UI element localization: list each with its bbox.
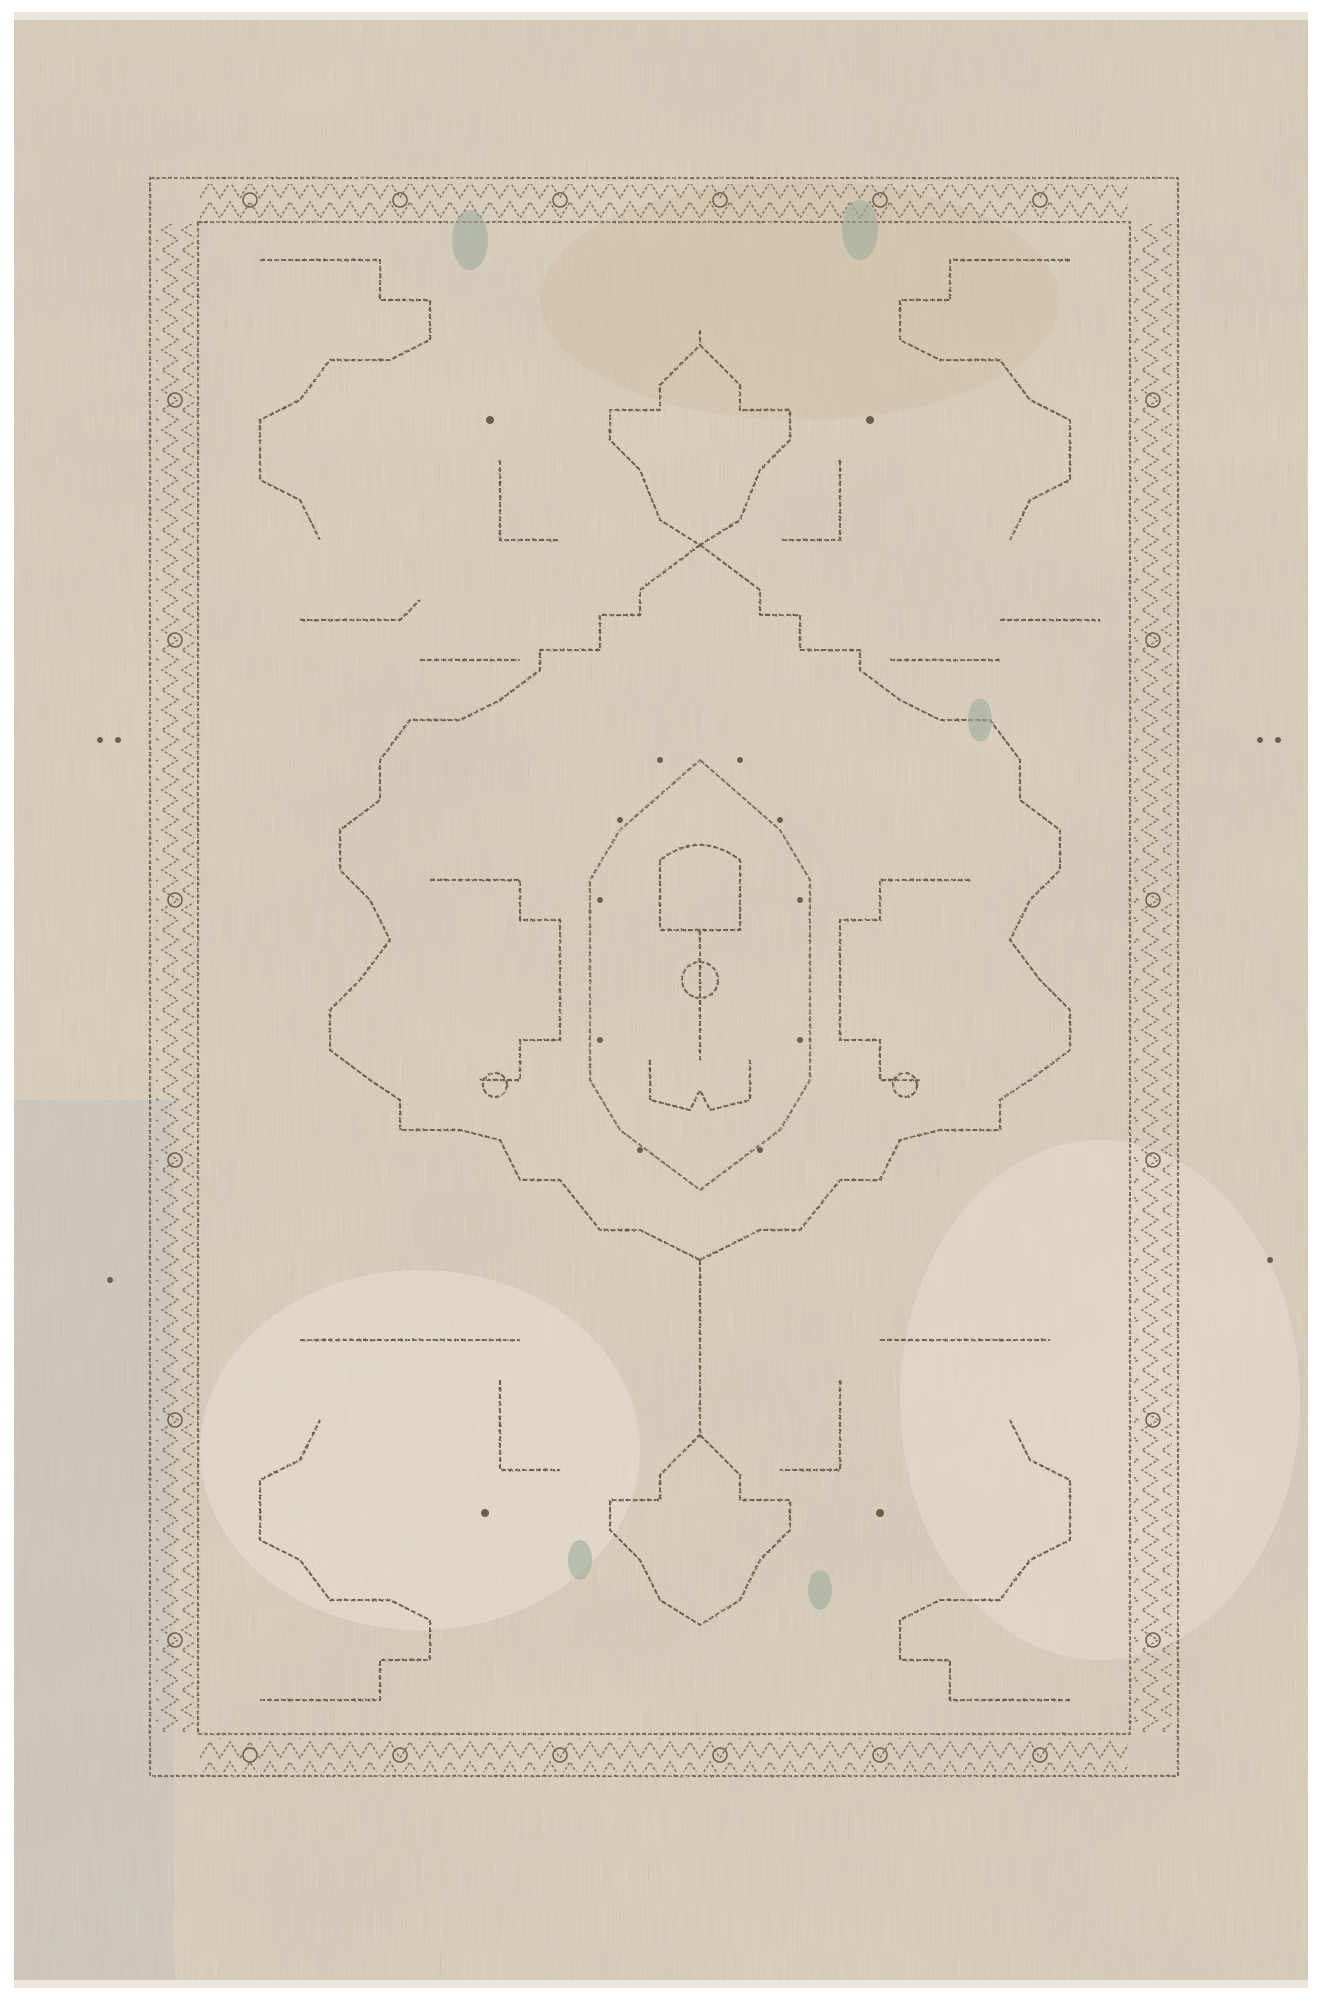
bottom-fringe bbox=[14, 1980, 1308, 1988]
top-fringe bbox=[14, 12, 1308, 20]
rug-illustration bbox=[0, 0, 1322, 2000]
rug-photo bbox=[0, 0, 1322, 2000]
